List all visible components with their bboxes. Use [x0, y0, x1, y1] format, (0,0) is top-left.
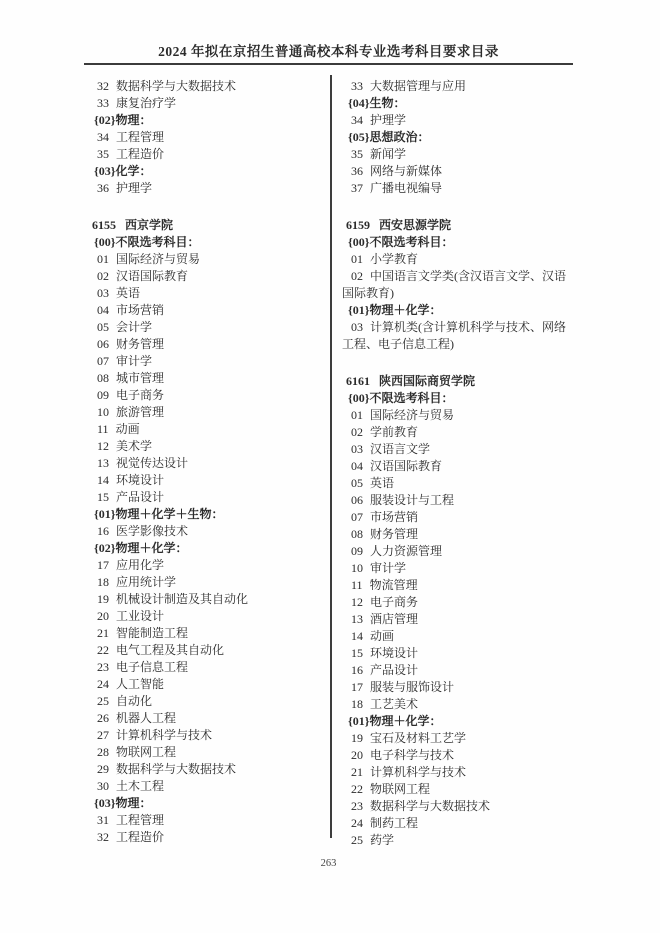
page-number: 263: [84, 858, 573, 869]
line-text: 数据科学与大数据技术: [116, 79, 236, 93]
major-item: 08财务管理: [342, 526, 573, 543]
line-code: {04}: [348, 96, 369, 110]
line-text: 电子商务: [116, 388, 164, 402]
line-code: 07: [97, 354, 109, 368]
line-code: 25: [97, 694, 109, 708]
line-code: 05: [351, 476, 363, 490]
major-item: 06财务管理: [88, 336, 330, 353]
line-text: 护理学: [116, 181, 152, 195]
line-code: 01: [351, 252, 363, 266]
document-page: 2024 年拟在京招生普通高校本科专业选考科目要求目录 32数据科学与大数据技术…: [0, 0, 660, 933]
line-code: 32: [97, 830, 109, 844]
line-text: 会计学: [116, 320, 152, 334]
major-item: 27计算机科学与技术: [88, 727, 330, 744]
major-item: 04汉语国际教育: [342, 458, 573, 475]
requirement-heading: {03}化学：: [88, 163, 330, 180]
line-code: {01}: [94, 507, 115, 521]
major-item: 30土木工程: [88, 778, 330, 795]
line-text: 物流管理: [370, 578, 418, 592]
line-code: 11: [97, 422, 109, 436]
line-text: 药学: [370, 833, 394, 847]
line-code: {00}: [348, 235, 369, 249]
major-item: 10旅游管理: [88, 404, 330, 421]
line-code: 32: [97, 79, 109, 93]
major-item: 01国际经济与贸易: [342, 407, 573, 424]
line-text: 工程管理: [116, 130, 164, 144]
major-item: 14动画: [342, 628, 573, 645]
line-text: 应用统计学: [116, 575, 176, 589]
line-code: 18: [351, 697, 363, 711]
major-item: 35新闻学: [342, 146, 573, 163]
line-code: 26: [97, 711, 109, 725]
line-code: 13: [351, 612, 363, 626]
line-code: 25: [351, 833, 363, 847]
major-item: 07审计学: [88, 353, 330, 370]
line-code: 18: [97, 575, 109, 589]
line-text: 服装设计与工程: [370, 493, 454, 507]
line-text: 国际经济与贸易: [370, 408, 454, 422]
line-text: 动画: [370, 629, 394, 643]
requirement-heading: {00}不限选考科目：: [88, 234, 330, 251]
line-text: 市场营销: [116, 303, 164, 317]
major-item: 36网络与新媒体: [342, 163, 573, 180]
line-code: 28: [97, 745, 109, 759]
line-text: 网络与新媒体: [370, 164, 442, 178]
major-item: 13视觉传达设计: [88, 455, 330, 472]
line-code: 03: [351, 320, 363, 334]
line-code: 10: [351, 561, 363, 575]
line-text: 思想政治：: [369, 130, 429, 144]
line-text: 国际经济与贸易: [116, 252, 200, 266]
line-text: 物联网工程: [116, 745, 176, 759]
line-code: 20: [97, 609, 109, 623]
major-item: 12电子商务: [342, 594, 573, 611]
line-text: 英语: [116, 286, 140, 300]
line-text: 计算机类(含计算机科学与技术、网络工程、电子信息工程): [342, 320, 566, 351]
school-name: 西安思源学院: [379, 218, 451, 232]
requirement-heading: {03}物理：: [88, 795, 330, 812]
line-text: 审计学: [116, 354, 152, 368]
line-text: 汉语国际教育: [370, 459, 442, 473]
line-code: 35: [97, 147, 109, 161]
line-text: 小学教育: [370, 252, 418, 266]
line-code: {00}: [94, 235, 115, 249]
line-code: 06: [351, 493, 363, 507]
major-item: 32数据科学与大数据技术: [88, 78, 330, 95]
major-item: 17应用化学: [88, 557, 330, 574]
major-item: 15环境设计: [342, 645, 573, 662]
line-text: 物理：: [115, 796, 151, 810]
line-text: 电气工程及其自动化: [116, 643, 224, 657]
line-text: 物理＋化学：: [369, 714, 441, 728]
major-item: 22电气工程及其自动化: [88, 642, 330, 659]
line-text: 财务管理: [370, 527, 418, 541]
major-item: 32工程造价: [88, 829, 330, 846]
line-text: 工程管理: [116, 813, 164, 827]
requirement-heading: {02}物理：: [88, 112, 330, 129]
line-code: {01}: [348, 714, 369, 728]
major-item: 24制药工程: [342, 815, 573, 832]
major-item: 24人工智能: [88, 676, 330, 693]
line-text: 电子商务: [370, 595, 418, 609]
line-text: 化学：: [115, 164, 151, 178]
line-code: 08: [351, 527, 363, 541]
line-text: 人力资源管理: [370, 544, 442, 558]
line-text: 计算机科学与技术: [116, 728, 212, 742]
line-code: 20: [351, 748, 363, 762]
line-text: 不限选考科目：: [369, 235, 453, 249]
major-item: 16产品设计: [342, 662, 573, 679]
major-item: 19宝石及材料工艺学: [342, 730, 573, 747]
line-text: 工程造价: [116, 830, 164, 844]
line-code: 31: [97, 813, 109, 827]
line-text: 工艺美术: [370, 697, 418, 711]
line-code: 37: [351, 181, 363, 195]
requirement-heading: {04}生物：: [342, 95, 573, 112]
line-text: 产品设计: [116, 490, 164, 504]
line-code: 35: [351, 147, 363, 161]
line-code: 10: [97, 405, 109, 419]
line-text: 物理＋化学：: [369, 303, 441, 317]
major-item: 05会计学: [88, 319, 330, 336]
line-text: 新闻学: [370, 147, 406, 161]
major-item: 09人力资源管理: [342, 543, 573, 560]
major-item: 07市场营销: [342, 509, 573, 526]
line-text: 环境设计: [370, 646, 418, 660]
line-text: 广播电视编导: [370, 181, 442, 195]
line-code: 08: [97, 371, 109, 385]
line-code: {03}: [94, 164, 115, 178]
line-code: 33: [351, 79, 363, 93]
line-text: 动画: [116, 422, 140, 436]
major-item: 09电子商务: [88, 387, 330, 404]
school-name: 陕西国际商贸学院: [379, 374, 475, 388]
line-text: 康复治疗学: [116, 96, 176, 110]
major-item: 17服装与服饰设计: [342, 679, 573, 696]
line-code: {05}: [348, 130, 369, 144]
major-item: 02汉语国际教育: [88, 268, 330, 285]
line-code: 15: [351, 646, 363, 660]
major-item: 03计算机类(含计算机科学与技术、网络工程、电子信息工程): [342, 319, 573, 353]
line-text: 审计学: [370, 561, 406, 575]
line-code: 13: [97, 456, 109, 470]
major-item: 37广播电视编导: [342, 180, 573, 197]
line-text: 人工智能: [116, 677, 164, 691]
major-item: 01国际经济与贸易: [88, 251, 330, 268]
line-text: 环境设计: [116, 473, 164, 487]
major-item: 18应用统计学: [88, 574, 330, 591]
major-item: 29数据科学与大数据技术: [88, 761, 330, 778]
major-item: 11物流管理: [342, 577, 573, 594]
line-text: 工程造价: [116, 147, 164, 161]
line-text: 物理：: [115, 113, 151, 127]
line-text: 自动化: [116, 694, 152, 708]
line-code: 17: [351, 680, 363, 694]
line-code: 24: [351, 816, 363, 830]
line-text: 工业设计: [116, 609, 164, 623]
line-code: 17: [97, 558, 109, 572]
major-item: 15产品设计: [88, 489, 330, 506]
line-text: 汉语言文学: [370, 442, 430, 456]
major-item: 34护理学: [342, 112, 573, 129]
school-heading: 6161陕西国际商贸学院: [342, 373, 573, 390]
school-code: 6159: [346, 218, 370, 232]
line-text: 大数据管理与应用: [370, 79, 466, 93]
line-code: 16: [351, 663, 363, 677]
line-text: 服装与服饰设计: [370, 680, 454, 694]
line-text: 不限选考科目：: [115, 235, 199, 249]
line-text: 旅游管理: [116, 405, 164, 419]
line-code: 11: [351, 578, 363, 592]
major-item: 13酒店管理: [342, 611, 573, 628]
line-code: 16: [97, 524, 109, 538]
major-item: 06服装设计与工程: [342, 492, 573, 509]
line-text: 医学影像技术: [116, 524, 188, 538]
major-item: 08城市管理: [88, 370, 330, 387]
page-title: 2024 年拟在京招生普通高校本科专业选考科目要求目录: [84, 40, 573, 60]
major-item: 04市场营销: [88, 302, 330, 319]
line-code: 03: [97, 286, 109, 300]
line-code: 19: [97, 592, 109, 606]
line-code: 36: [351, 164, 363, 178]
line-code: 29: [97, 762, 109, 776]
major-item: 21智能制造工程: [88, 625, 330, 642]
major-item: 28物联网工程: [88, 744, 330, 761]
line-text: 物理＋化学：: [115, 541, 187, 555]
line-text: 电子科学与技术: [370, 748, 454, 762]
line-text: 酒店管理: [370, 612, 418, 626]
title-divider: [84, 63, 573, 65]
line-code: 05: [97, 320, 109, 334]
line-code: 34: [351, 113, 363, 127]
major-item: 20电子科学与技术: [342, 747, 573, 764]
major-item: 36护理学: [88, 180, 330, 197]
line-text: 视觉传达设计: [116, 456, 188, 470]
major-item: 02中国语言文学类(含汉语言文学、汉语国际教育): [342, 268, 573, 302]
major-item: 33大数据管理与应用: [342, 78, 573, 95]
line-code: 02: [351, 425, 363, 439]
line-code: 09: [351, 544, 363, 558]
school-heading: 6155西京学院: [88, 217, 330, 234]
major-item: 02学前教育: [342, 424, 573, 441]
major-item: 23电子信息工程: [88, 659, 330, 676]
line-text: 机械设计制造及其自动化: [116, 592, 248, 606]
line-code: 30: [97, 779, 109, 793]
line-text: 美术学: [116, 439, 152, 453]
line-code: 34: [97, 130, 109, 144]
requirement-heading: {01}物理＋化学＋生物：: [88, 506, 330, 523]
line-code: 02: [351, 269, 363, 283]
line-code: 09: [97, 388, 109, 402]
major-item: 14环境设计: [88, 472, 330, 489]
major-item: 19机械设计制造及其自动化: [88, 591, 330, 608]
line-text: 数据科学与大数据技术: [370, 799, 490, 813]
line-text: 市场营销: [370, 510, 418, 524]
line-text: 学前教育: [370, 425, 418, 439]
requirement-heading: {02}物理＋化学：: [88, 540, 330, 557]
line-text: 产品设计: [370, 663, 418, 677]
line-text: 物理＋化学＋生物：: [115, 507, 223, 521]
line-code: {02}: [94, 541, 115, 555]
line-text: 智能制造工程: [116, 626, 188, 640]
line-code: 14: [97, 473, 109, 487]
line-code: 01: [97, 252, 109, 266]
requirement-heading: {01}物理＋化学：: [342, 713, 573, 730]
line-code: 12: [97, 439, 109, 453]
major-item: 03英语: [88, 285, 330, 302]
line-text: 英语: [370, 476, 394, 490]
major-item: 05英语: [342, 475, 573, 492]
major-item: 31工程管理: [88, 812, 330, 829]
line-code: 01: [351, 408, 363, 422]
major-item: 18工艺美术: [342, 696, 573, 713]
line-text: 不限选考科目：: [369, 391, 453, 405]
line-text: 汉语国际教育: [116, 269, 188, 283]
requirement-heading: {05}思想政治：: [342, 129, 573, 146]
major-item: 33康复治疗学: [88, 95, 330, 112]
line-code: 23: [351, 799, 363, 813]
major-item: 25自动化: [88, 693, 330, 710]
line-text: 物联网工程: [370, 782, 430, 796]
line-text: 生物：: [369, 96, 405, 110]
major-item: 34工程管理: [88, 129, 330, 146]
school-heading: 6159西安思源学院: [342, 217, 573, 234]
line-code: 04: [97, 303, 109, 317]
line-text: 电子信息工程: [116, 660, 188, 674]
line-code: 14: [351, 629, 363, 643]
line-code: 19: [351, 731, 363, 745]
line-code: {02}: [94, 113, 115, 127]
line-text: 计算机科学与技术: [370, 765, 466, 779]
major-item: 11动画: [88, 421, 330, 438]
line-code: 33: [97, 96, 109, 110]
requirement-heading: {01}物理＋化学：: [342, 302, 573, 319]
line-text: 城市管理: [116, 371, 164, 385]
line-code: 12: [351, 595, 363, 609]
line-code: 22: [97, 643, 109, 657]
line-code: 21: [351, 765, 363, 779]
line-text: 土木工程: [116, 779, 164, 793]
right-column: 33大数据管理与应用{04}生物：34护理学{05}思想政治：35新闻学36网络…: [342, 78, 573, 849]
line-code: {01}: [348, 303, 369, 317]
left-column: 32数据科学与大数据技术33康复治疗学{02}物理：34工程管理35工程造价{0…: [88, 78, 330, 846]
major-item: 35工程造价: [88, 146, 330, 163]
major-item: 16医学影像技术: [88, 523, 330, 540]
major-item: 25药学: [342, 832, 573, 849]
line-text: 财务管理: [116, 337, 164, 351]
line-code: 23: [97, 660, 109, 674]
line-code: 27: [97, 728, 109, 742]
line-code: 24: [97, 677, 109, 691]
line-code: 06: [97, 337, 109, 351]
line-code: 15: [97, 490, 109, 504]
major-item: 03汉语言文学: [342, 441, 573, 458]
requirement-heading: {00}不限选考科目：: [342, 390, 573, 407]
major-item: 12美术学: [88, 438, 330, 455]
line-text: 制药工程: [370, 816, 418, 830]
line-text: 机器人工程: [116, 711, 176, 725]
line-text: 中国语言文学类(含汉语言文学、汉语国际教育): [342, 269, 566, 300]
line-code: {00}: [348, 391, 369, 405]
major-item: 26机器人工程: [88, 710, 330, 727]
school-name: 西京学院: [125, 218, 173, 232]
line-code: 04: [351, 459, 363, 473]
line-code: 36: [97, 181, 109, 195]
line-text: 应用化学: [116, 558, 164, 572]
line-text: 数据科学与大数据技术: [116, 762, 236, 776]
line-code: 22: [351, 782, 363, 796]
line-code: 21: [97, 626, 109, 640]
line-text: 宝石及材料工艺学: [370, 731, 466, 745]
requirement-heading: {00}不限选考科目：: [342, 234, 573, 251]
line-code: 07: [351, 510, 363, 524]
school-code: 6155: [92, 218, 116, 232]
line-code: {03}: [94, 796, 115, 810]
line-code: 02: [97, 269, 109, 283]
major-item: 10审计学: [342, 560, 573, 577]
major-item: 20工业设计: [88, 608, 330, 625]
major-item: 21计算机科学与技术: [342, 764, 573, 781]
line-code: 03: [351, 442, 363, 456]
major-item: 23数据科学与大数据技术: [342, 798, 573, 815]
school-code: 6161: [346, 374, 370, 388]
major-item: 01小学教育: [342, 251, 573, 268]
major-item: 22物联网工程: [342, 781, 573, 798]
line-text: 护理学: [370, 113, 406, 127]
column-divider: [330, 75, 332, 838]
